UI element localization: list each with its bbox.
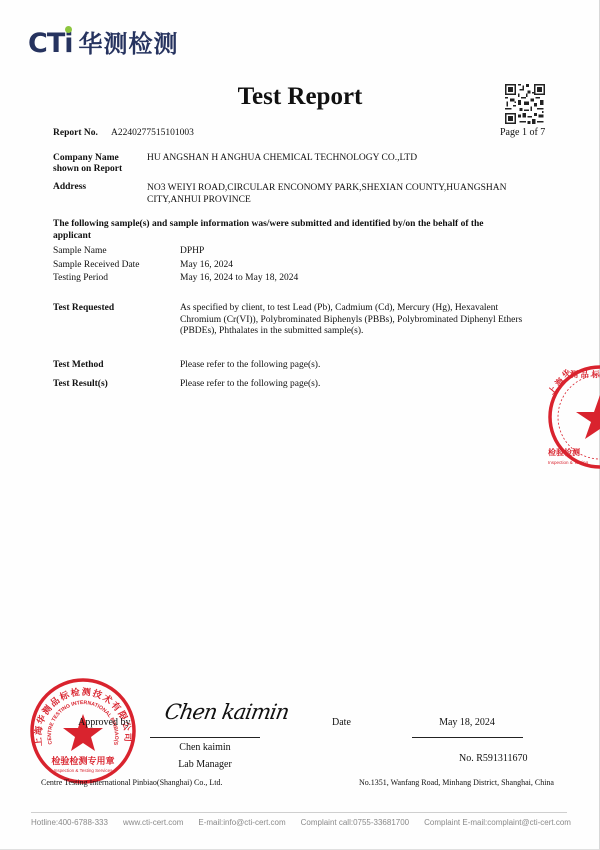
sample-row-value: DPHP	[180, 246, 204, 260]
page-indicator: Page 1 of 7	[500, 127, 545, 138]
company-label-line1: Company Name	[53, 153, 122, 164]
svg-text:检验检测: 检验检测	[548, 447, 580, 457]
test-requested-line3: (PBDEs), Phthalates in the submitted sam…	[180, 326, 522, 338]
test-result-label: Test Result(s)	[53, 379, 108, 389]
signature-line	[150, 737, 260, 738]
issuing-company-address: No.1351, Wanfang Road, Minhang District,…	[359, 778, 554, 787]
test-requested-line2: Chromium (Cr(VI)), Polybrominated Biphen…	[180, 315, 522, 327]
signer-name: Chen kaimin	[150, 742, 260, 753]
stamp-seal-english: Inspection & Testing Services	[54, 768, 113, 773]
svg-text:测 品 标 检: 测 品 标 检	[570, 369, 600, 379]
sample-row: Testing Period May 16, 2024 to May 18, 2…	[53, 273, 298, 287]
logo-dot	[65, 26, 72, 33]
address-label: Address	[53, 182, 86, 192]
footer-website[interactable]: www.cti-cert.com	[123, 818, 183, 827]
sample-row: Sample Received Date May 16, 2024	[53, 260, 298, 274]
test-result-value: Please refer to the following page(s).	[180, 379, 320, 389]
test-method-label: Test Method	[53, 360, 104, 370]
stamp-seal-text: 检验检测专用章	[51, 755, 114, 767]
signature: Chen kaimin	[163, 700, 291, 724]
footer-divider	[31, 812, 567, 813]
company-name-value: HU ANGSHAN H ANGHUA CHEMICAL TECHNOLOGY …	[147, 153, 417, 163]
sample-row-label: Testing Period	[53, 273, 180, 287]
test-requested-label: Test Requested	[53, 303, 114, 313]
date-line	[412, 737, 523, 738]
sample-row-value: May 16, 2024 to May 18, 2024	[180, 273, 298, 287]
footer-hotline: Hotline:400-6788-333	[31, 818, 108, 827]
company-seal-stamp: 上海华测品标检测技术有限公司 CENTRE TESTING INTERNATIO…	[28, 676, 138, 786]
address-value: NO3 WEIYI ROAD,CIRCULAR ENCONOMY PARK,SH…	[147, 182, 506, 206]
sample-row-value: May 16, 2024	[180, 260, 233, 274]
approved-by-label: Approved by	[78, 717, 131, 728]
test-requested-value: As specified by client, to test Lead (Pb…	[180, 303, 522, 338]
logo-latin: CTi	[28, 30, 73, 58]
test-method-value: Please refer to the following page(s).	[180, 360, 320, 370]
sample-row: Sample Name DPHP	[53, 246, 298, 260]
certificate-number: No. R591311670	[459, 753, 528, 764]
footer-email[interactable]: E-mail:info@cti-cert.com	[198, 818, 285, 827]
issuing-company: Centre Testing International Pinbiao(Sha…	[41, 778, 222, 787]
qr-code-icon[interactable]	[505, 84, 545, 124]
report-no-value: A2240277515101003	[111, 128, 194, 138]
address-line2: CITY,ANHUI PROVINCE	[147, 194, 506, 206]
logo-chinese: 华测检测	[79, 30, 179, 58]
sample-row-label: Sample Received Date	[53, 260, 180, 274]
document-page: CTi 华测检测 Test Report Page 1 of 7 Report …	[0, 0, 600, 850]
test-requested-line1: As specified by client, to test Lead (Pb…	[180, 303, 522, 315]
company-label-line2: shown on Report	[53, 164, 122, 175]
date-value: May 18, 2024	[412, 717, 522, 728]
report-no-label: Report No.	[53, 128, 98, 138]
date-label: Date	[332, 717, 351, 728]
sample-row-label: Sample Name	[53, 246, 180, 260]
star-icon	[576, 395, 600, 439]
cti-logo: CTi 华测检测	[28, 30, 179, 58]
svg-text:Inspection & Testing: Inspection & Testing	[548, 460, 589, 465]
company-seal-stamp-right: 上 海 华 测 品 标 检 检验检测 Inspection & Testing	[540, 365, 600, 485]
address-line1: NO3 WEIYI ROAD,CIRCULAR ENCONOMY PARK,SH…	[147, 182, 506, 194]
footer: Hotline:400-6788-333 www.cti-cert.com E-…	[31, 818, 571, 827]
sample-info-table: Sample Name DPHP Sample Received Date Ma…	[53, 246, 298, 287]
signer-title: Lab Manager	[150, 759, 260, 770]
company-name-label: Company Name shown on Report	[53, 153, 122, 175]
svg-text:上 海 华: 上 海 华	[546, 367, 573, 396]
sample-intro: The following sample(s) and sample infor…	[53, 218, 523, 242]
footer-complaint-call: Complaint call:0755-33681700	[301, 818, 410, 827]
footer-complaint-email[interactable]: Complaint E-mail:complaint@cti-cert.com	[424, 818, 571, 827]
